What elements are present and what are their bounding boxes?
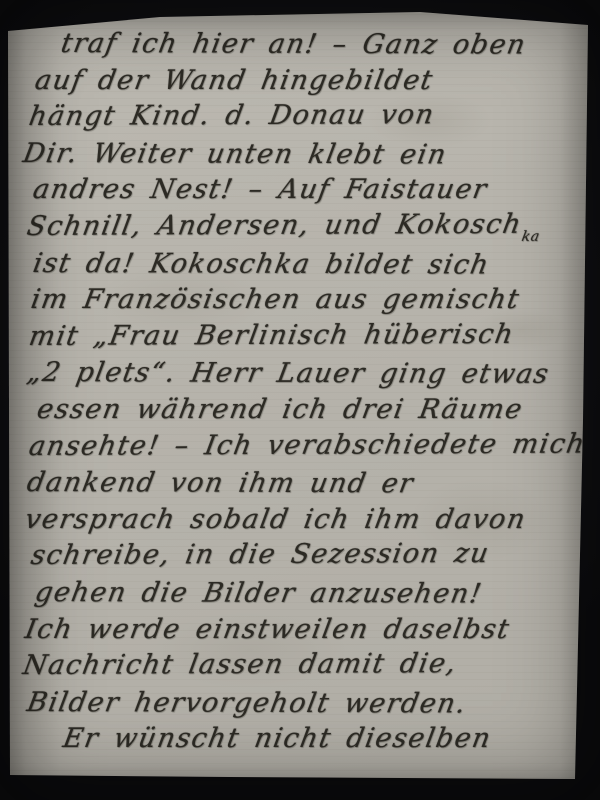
handwriting-line: Ich werde einstweilen daselbst [22,612,596,649]
stray-ink-mark [1,518,9,533]
handwriting-line: ansehte! – Ich verabschiedete mich [26,426,597,465]
handwriting-line: dankend von ihm und er [24,465,596,504]
letter-page: traf ich hier an! – Ganz oben auf der Wa… [0,0,600,800]
handwriting-text-block: traf ich hier an! – Ganz oben auf der Wa… [20,26,590,758]
scan-backdrop: traf ich hier an! – Ganz oben auf der Wa… [0,0,600,800]
handwriting-line: Dir. Weiter unten klebt ein [20,136,596,175]
handwriting-line: essen während ich drei Räume [34,392,596,429]
handwriting-line: Nachricht lassen damit die, [20,646,597,685]
handwriting-line: Er wünscht nicht dieselben [60,721,596,758]
handwriting-line: schreibe, in die Sezession zu [28,536,597,575]
handwriting-line: Schnill, Andersen, und Kokoschka [24,206,597,245]
handwriting-line: „2 plets“. Herr Lauer ging etwas [24,355,596,394]
handwriting-line: mit „Frau Berlinisch hüberisch [26,316,597,355]
handwriting-line: Bilder hervorgeholt werden. [24,685,596,724]
handwriting-line: im Französischen aus gemischt [28,282,596,319]
handwriting-line: gehen die Bilder anzusehen! [32,575,596,614]
handwriting-line-text: Schnill, Andersen, und Kokosch [25,209,525,242]
handwriting-line: auf der Wand hingebildet [32,63,596,100]
handwriting-line: versprach sobald ich ihm davon [22,502,596,539]
handwriting-line: hängt Kind. d. Donau von [26,97,597,136]
handwriting-line: ist da! Kokoschka bildet sich [30,246,596,285]
handwriting-line: andres Nest! – Auf Faistauer [30,172,596,209]
handwriting-line: traf ich hier an! – Ganz oben [58,26,596,64]
